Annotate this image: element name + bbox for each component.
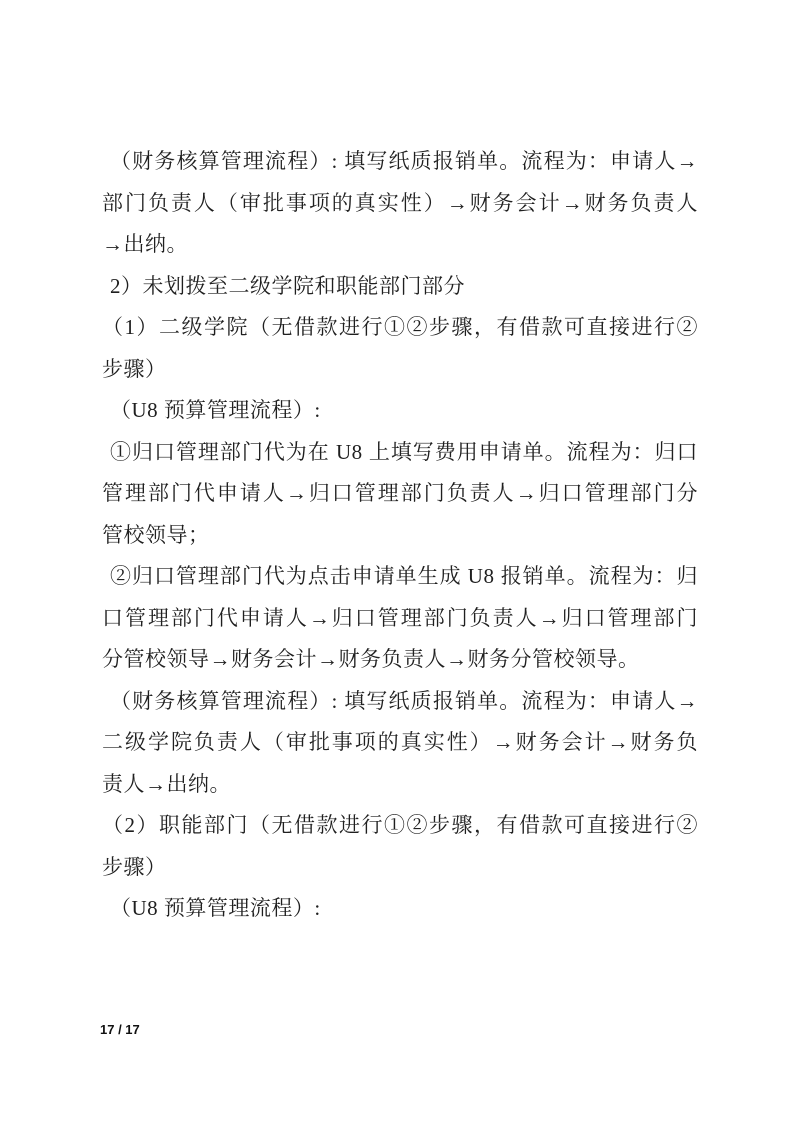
text-line: （U8 预算管理流程）: bbox=[102, 390, 698, 432]
text-line: 责人→出纳。 bbox=[102, 764, 698, 806]
document-body: （财务核算管理流程）: 填写纸质报销单。流程为：申请人→部门负责人（审批事项的真… bbox=[102, 141, 698, 930]
text-line: （1）二级学院（无借款进行①②步骤，有借款可直接进行② bbox=[102, 307, 698, 349]
text-line: 管理部门代申请人→归口管理部门负责人→归口管理部门分 bbox=[102, 473, 698, 515]
text-line: 部门负责人（审批事项的真实性）→财务会计→财务负责人 bbox=[102, 183, 698, 225]
text-line: →出纳。 bbox=[102, 224, 698, 266]
page-number: 17 / 17 bbox=[100, 1022, 140, 1037]
text-line: 步骤） bbox=[102, 847, 698, 889]
text-line: ②归口管理部门代为点击申请单生成 U8 报销单。流程为：归 bbox=[102, 556, 698, 598]
text-line: 管校领导； bbox=[102, 515, 698, 557]
text-line: （2）职能部门（无借款进行①②步骤，有借款可直接进行② bbox=[102, 805, 698, 847]
text-line: （U8 预算管理流程）: bbox=[102, 888, 698, 930]
text-line: 步骤） bbox=[102, 349, 698, 391]
text-line: 2）未划拨至二级学院和职能部门部分 bbox=[102, 266, 698, 308]
text-line: 口管理部门代申请人→归口管理部门负责人→归口管理部门 bbox=[102, 598, 698, 640]
text-line: 二级学院负责人（审批事项的真实性）→财务会计→财务负 bbox=[102, 722, 698, 764]
text-line: ①归口管理部门代为在 U8 上填写费用申请单。流程为：归口 bbox=[102, 432, 698, 474]
text-line: （财务核算管理流程）: 填写纸质报销单。流程为：申请人→ bbox=[102, 141, 698, 183]
document-page: （财务核算管理流程）: 填写纸质报销单。流程为：申请人→部门负责人（审批事项的真… bbox=[0, 0, 793, 1122]
text-line: 分管校领导→财务会计→财务负责人→财务分管校领导。 bbox=[102, 639, 698, 681]
text-line: （财务核算管理流程）: 填写纸质报销单。流程为：申请人→ bbox=[102, 681, 698, 723]
